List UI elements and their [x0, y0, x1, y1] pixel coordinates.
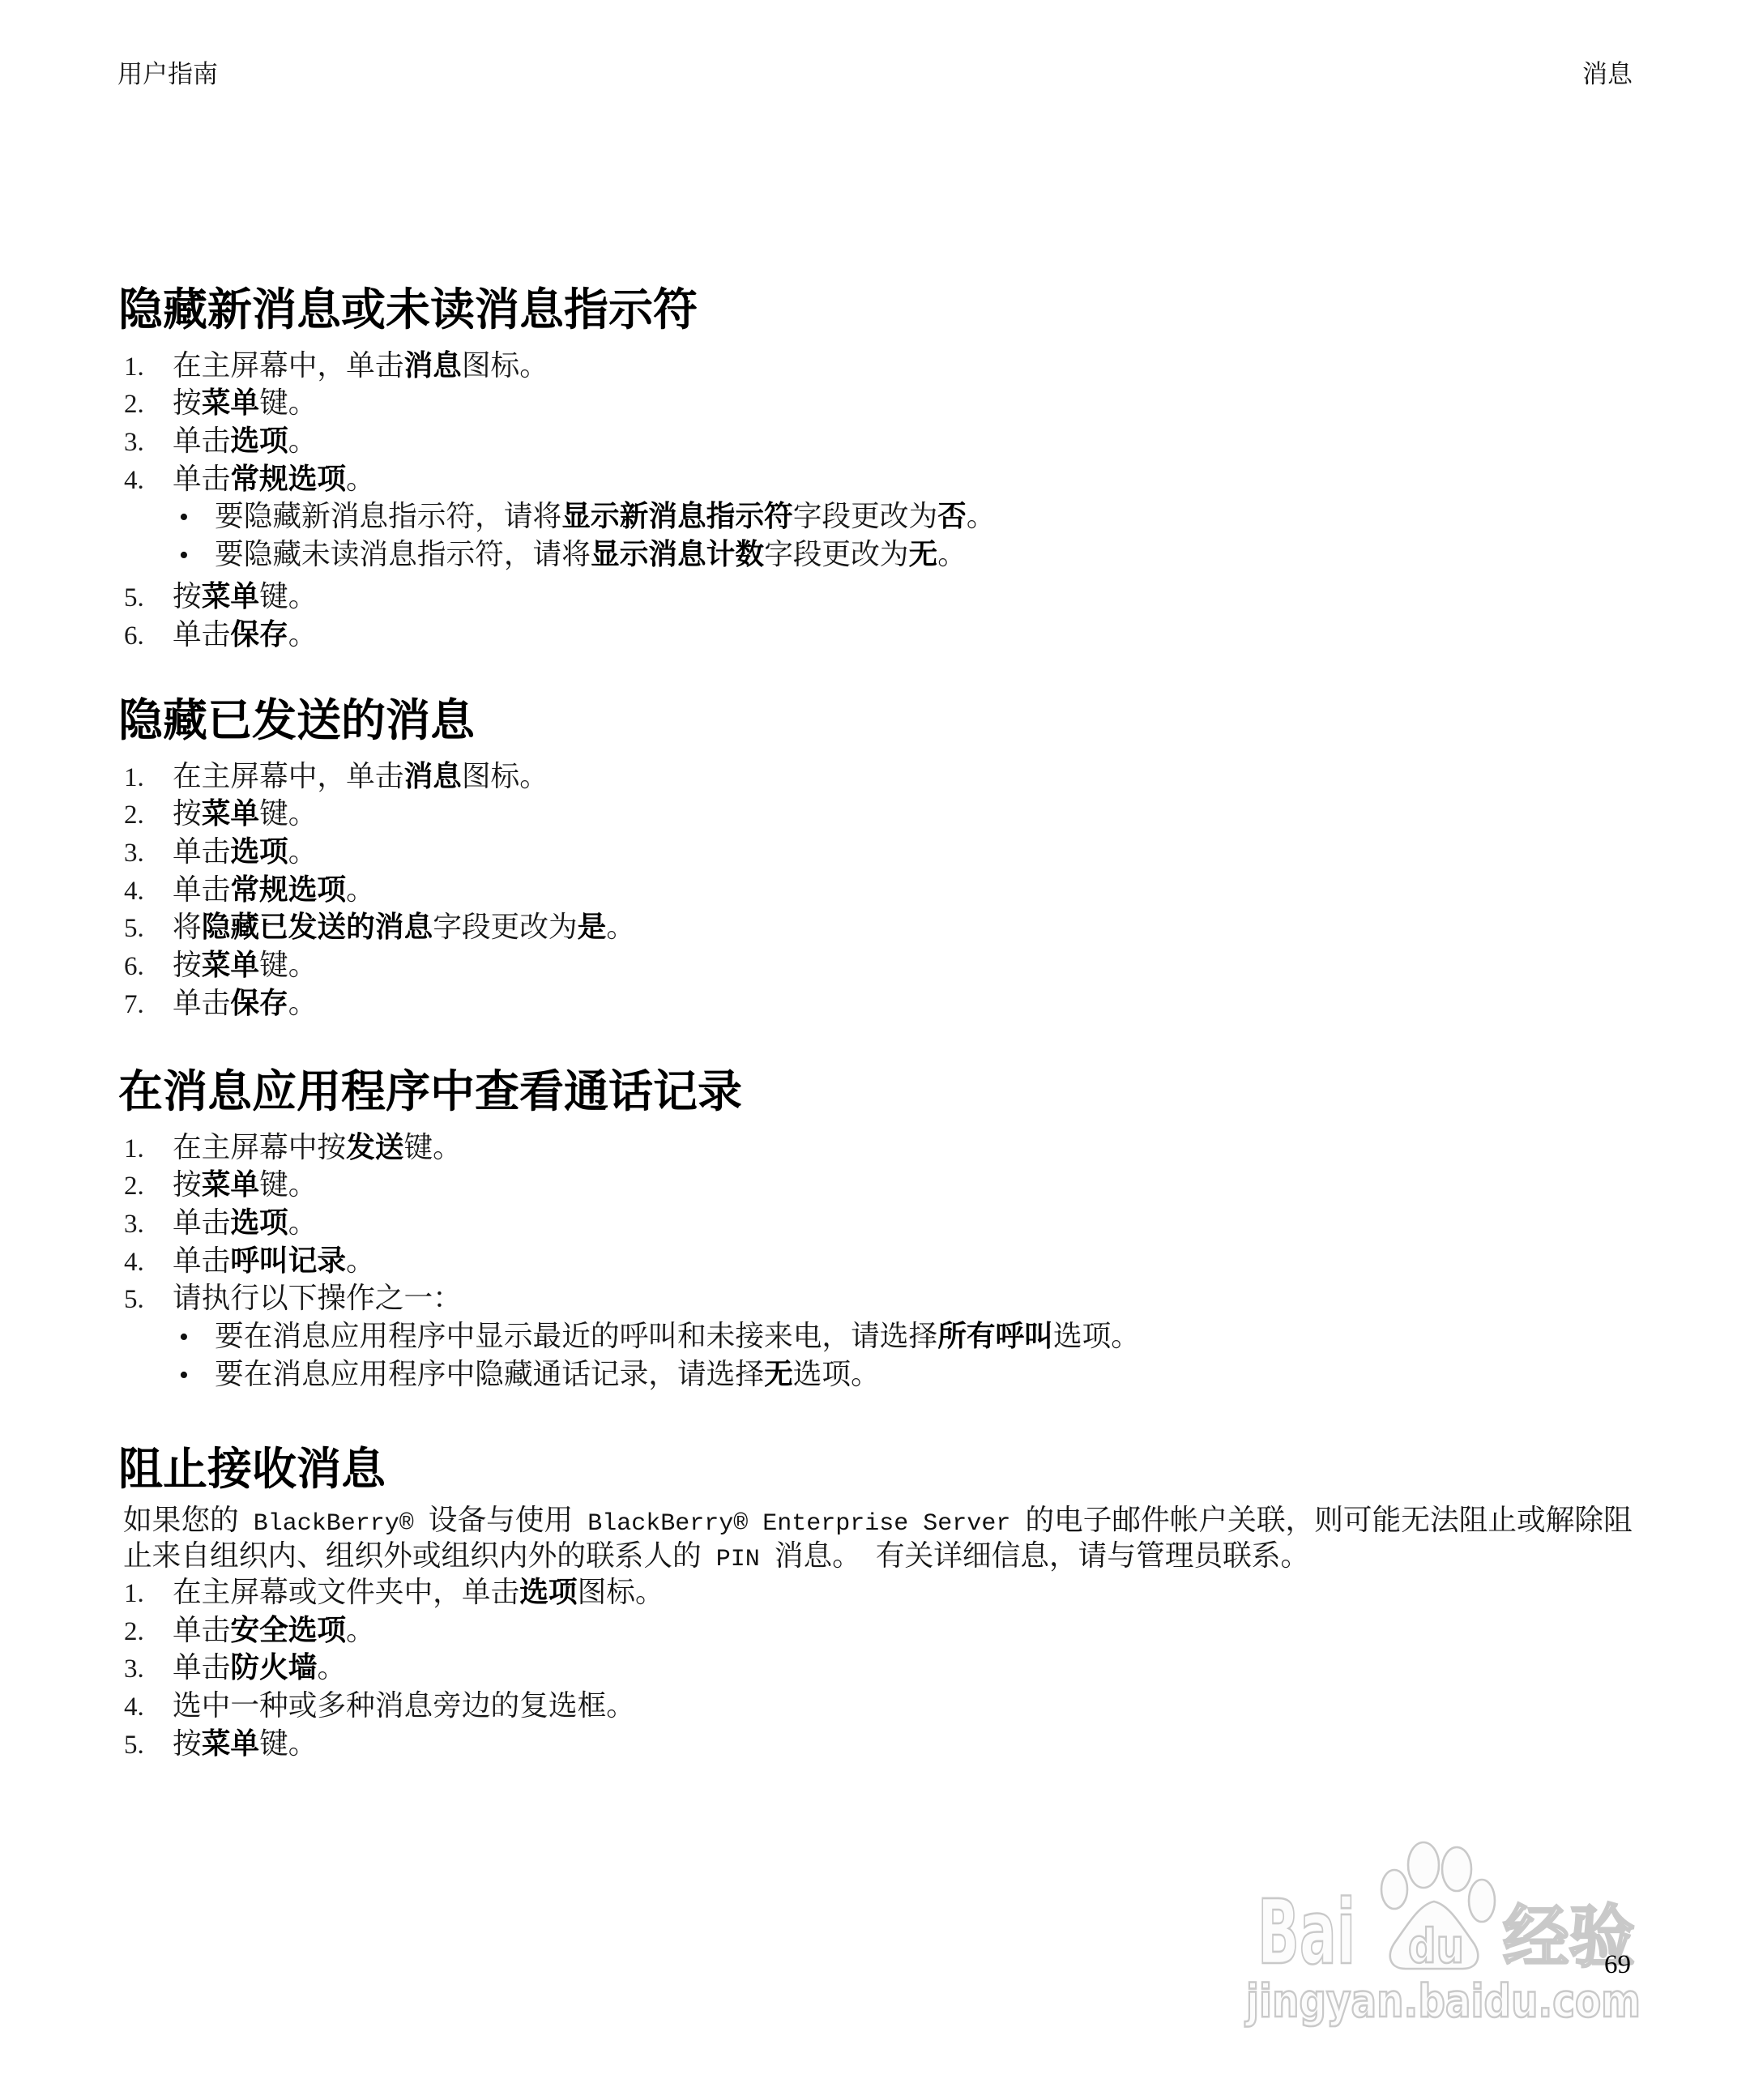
ui-term: 保存	[230, 987, 288, 1020]
step-text: 单击选项。	[173, 423, 317, 461]
step-item: 2. 按菜单键。	[118, 385, 1633, 423]
text-run: 。	[288, 618, 318, 651]
ui-term: 菜单	[202, 949, 259, 982]
ui-term: 保存	[230, 618, 288, 651]
step-text: 单击选项。	[173, 834, 317, 872]
step-item: 5. 将隐藏已发送的消息字段更改为是。	[118, 909, 1633, 947]
ui-term: 发送	[346, 1131, 403, 1164]
running-header-guide-title: 用户指南	[117, 62, 218, 87]
step-item: 1. 在主屏幕中，单击消息图标。	[118, 758, 1633, 796]
step-text: 按菜单键。	[173, 385, 317, 423]
ui-term: 所有呼叫	[937, 1320, 1053, 1353]
text-run: 单击	[173, 835, 230, 869]
step-text: 在主屏幕中，单击消息图标。	[173, 348, 548, 386]
step-number: 2.	[118, 1613, 173, 1651]
step-item: 4. 单击常规选项。 • 要隐藏新消息指示符，请将显示新消息指示符字段更改为否。…	[118, 461, 1633, 574]
step-number: 1.	[118, 1575, 173, 1613]
step-text: 单击安全选项。	[173, 1612, 375, 1650]
text-run: 单击	[173, 1206, 230, 1240]
step-number: 4.	[118, 873, 173, 911]
text-run: 字段更改为	[433, 911, 577, 944]
text-run: 单击	[173, 1614, 230, 1647]
step-text: 请执行以下操作之一：	[173, 1280, 462, 1318]
step-item: 3. 单击防火墙。	[118, 1650, 1633, 1688]
bullet-text: 要在消息应用程序中隐藏通话记录，请选择无选项。	[215, 1356, 880, 1394]
step-text: 按菜单键。	[173, 796, 317, 834]
text-run: 按	[173, 949, 202, 982]
text-run: 有关详细信息，请与管理员联系。	[876, 1539, 1309, 1573]
text-run: 按	[173, 1168, 202, 1202]
text-run: 。	[288, 835, 318, 869]
step-number: 1.	[118, 348, 173, 386]
watermark-brand-pad: du	[1408, 1919, 1464, 1974]
watermark-brand-left: Bai	[1257, 1880, 1355, 1984]
step-number: 5.	[118, 1281, 173, 1319]
text-run: 止来自组织内、组织外或组织内外的联系人的	[123, 1539, 702, 1573]
step-item: 2. 按菜单键。	[118, 796, 1633, 834]
step-number: 1.	[118, 759, 173, 797]
step-number: 1.	[118, 1130, 173, 1168]
text-run: 。	[937, 538, 967, 571]
bullet-icon: •	[173, 1357, 215, 1395]
text-run: 。	[288, 425, 318, 458]
step-list: 1. 在主屏幕中按发送键。 2. 按菜单键。 3. 单击选项。 4. 单击呼叫记…	[118, 1129, 1633, 1394]
step-text: 将隐藏已发送的消息字段更改为是。	[173, 909, 635, 947]
text-run: 键。	[404, 1131, 462, 1164]
text-run: 的电子邮件帐户关联，则可能无法阻止或解除阻	[1025, 1504, 1632, 1537]
step-text: 单击呼叫记录。	[173, 1243, 375, 1281]
step-number: 3.	[118, 834, 173, 873]
step-number: 4.	[118, 1688, 173, 1727]
ui-term: 隐藏已发送的消息	[202, 911, 433, 944]
text-run: 键。	[259, 1168, 317, 1202]
step-text: 单击常规选项。	[173, 461, 375, 499]
ui-term: 菜单	[202, 386, 259, 420]
text-run: 在主屏幕或文件夹中，单击	[173, 1576, 519, 1609]
step-text: 按菜单键。	[173, 947, 317, 985]
text-run: 在主屏幕中按	[173, 1131, 346, 1164]
step-number: 3.	[118, 424, 173, 462]
step-number: 4.	[118, 1244, 173, 1282]
step-item: 5. 请执行以下操作之一： • 要在消息应用程序中显示最近的呼叫和未接来电，请选…	[118, 1280, 1633, 1394]
ui-term: 菜单	[202, 580, 259, 613]
step-text: 单击常规选项。	[173, 872, 375, 910]
step-text: 单击保存。	[173, 617, 317, 655]
step-item: 4. 单击呼叫记录。	[118, 1243, 1633, 1281]
text-run: 。	[606, 911, 635, 944]
text-run: 字段更改为	[764, 538, 908, 571]
text-run: 单击	[173, 425, 230, 458]
ui-term: 消息	[404, 760, 462, 793]
bullet-item: • 要在消息应用程序中隐藏通话记录，请选择无选项。	[118, 1356, 1633, 1394]
text-run: 按	[173, 1727, 202, 1761]
step-item: 3. 单击选项。	[118, 834, 1633, 872]
step-text: 按菜单键。	[173, 1726, 317, 1764]
bullet-text: 要在消息应用程序中显示最近的呼叫和未接来电，请选择所有呼叫选项。	[215, 1318, 1140, 1356]
step-text: 按菜单键。	[173, 1167, 317, 1205]
bullet-icon: •	[173, 1319, 215, 1357]
text-run: 单击	[173, 463, 230, 496]
section-block-incoming-messages: 阻止接收消息 如果您的 BlackBerry® 设备与使用 BlackBerry…	[118, 1443, 1633, 1763]
step-list: 1. 在主屏幕中，单击消息图标。 2. 按菜单键。 3. 单击选项。 4. 单击…	[118, 758, 1633, 1023]
section-title: 隐藏新消息或未读消息指示符	[118, 284, 1633, 335]
step-number: 6.	[118, 948, 173, 986]
step-text: 在主屏幕或文件夹中，单击选项图标。	[173, 1574, 664, 1612]
text-run: 。	[346, 463, 375, 496]
bullet-text: 要隐藏新消息指示符，请将显示新消息指示符字段更改为否。	[215, 498, 996, 536]
ui-term: 菜单	[202, 1727, 259, 1761]
ui-term: 常规选项	[230, 463, 346, 496]
paragraph-line: 如果您的 BlackBerry® 设备与使用 BlackBerry® Enter…	[118, 1503, 1633, 1539]
ui-term: 无	[764, 1358, 793, 1391]
text-run: 。	[346, 1614, 375, 1647]
section-view-call-log: 在消息应用程序中查看通话记录 1. 在主屏幕中按发送键。 2. 按菜单键。 3.…	[118, 1065, 1633, 1398]
text-run: 键。	[259, 1727, 317, 1761]
text-run: 。	[288, 987, 318, 1020]
text-run: 单击	[173, 987, 230, 1020]
step-text: 在主屏幕中按发送键。	[173, 1129, 462, 1167]
bullet-item: • 要隐藏未读消息指示符，请将显示消息计数字段更改为无。	[118, 536, 1633, 574]
ui-term: 安全选项	[230, 1614, 346, 1647]
text-run: 选项。	[793, 1358, 880, 1391]
bullet-text: 要隐藏未读消息指示符，请将显示消息计数字段更改为无。	[215, 536, 967, 574]
text-run: 按	[173, 386, 202, 420]
section-hide-sent-messages: 隐藏已发送的消息 1. 在主屏幕中，单击消息图标。 2. 按菜单键。 3. 单击…	[118, 694, 1633, 1023]
step-item: 1. 在主屏幕中按发送键。	[118, 1129, 1633, 1167]
step-item: 2. 单击安全选项。	[118, 1612, 1633, 1650]
text-run: 设备与使用	[429, 1504, 573, 1537]
bullet-item: • 要在消息应用程序中显示最近的呼叫和未接来电，请选择所有呼叫选项。	[118, 1318, 1633, 1356]
text-run: 图标。	[462, 349, 548, 382]
text-run: 。	[288, 1206, 318, 1240]
step-item: 4. 选中一种或多种消息旁边的复选框。	[118, 1688, 1633, 1726]
text-run: 键。	[259, 386, 317, 420]
ui-term: 选项	[230, 425, 288, 458]
text-run: 消息。	[775, 1539, 861, 1573]
step-number: 5.	[118, 579, 173, 617]
step-text: 按菜单键。	[173, 578, 317, 617]
text-run: 要在消息应用程序中隐藏通话记录，请选择	[215, 1358, 764, 1391]
text-run: 按	[173, 580, 202, 613]
step-text: 单击保存。	[173, 985, 317, 1023]
text-run: 选中一种或多种消息旁边的复选框。	[173, 1689, 635, 1722]
text-run: 。	[346, 873, 375, 907]
step-item: 3. 单击选项。	[118, 1205, 1633, 1243]
text-run: 。	[967, 500, 996, 533]
step-item: 3. 单击选项。	[118, 423, 1633, 461]
step-text: 单击选项。	[173, 1205, 317, 1243]
latin-run: BlackBerry® Enterprise Server	[573, 1510, 1025, 1538]
text-run: 如果您的	[123, 1504, 239, 1537]
ui-term: 是	[578, 911, 607, 944]
step-item: 5. 按菜单键。	[118, 578, 1633, 617]
step-item: 1. 在主屏幕或文件夹中，单击选项图标。	[118, 1574, 1633, 1612]
text-run: 请执行以下操作之一：	[173, 1282, 462, 1315]
ui-term: 选项	[519, 1576, 577, 1609]
step-list: 1. 在主屏幕或文件夹中，单击选项图标。 2. 单击安全选项。 3. 单击防火墙…	[118, 1574, 1633, 1763]
text-run: 要隐藏未读消息指示符，请将	[215, 538, 591, 571]
text-run: 字段更改为	[793, 500, 937, 533]
section-title: 隐藏已发送的消息	[118, 694, 1633, 746]
ui-term: 选项	[230, 835, 288, 869]
section-hide-new-unread-indicator: 隐藏新消息或未读消息指示符 1. 在主屏幕中，单击消息图标。 2. 按菜单键。 …	[118, 284, 1633, 654]
step-number: 2.	[118, 1167, 173, 1206]
text-run: 选项。	[1053, 1320, 1140, 1353]
step-item: 2. 按菜单键。	[118, 1167, 1633, 1205]
page-number: 69	[1604, 1952, 1631, 1978]
paragraph-line: 止来自组织内、组织外或组织内外的联系人的 PIN 消息。 有关详细信息，请与管理…	[118, 1539, 1633, 1574]
ui-term: 防火墙	[230, 1651, 317, 1684]
baidu-jingyan-watermark: Bai du 经验 jingyan.baidu.com	[1240, 1835, 1653, 2038]
step-number: 3.	[118, 1650, 173, 1688]
step-item: 6. 按菜单键。	[118, 947, 1633, 985]
step-item: 7. 单击保存。	[118, 985, 1633, 1023]
step-number: 7.	[118, 986, 173, 1024]
step-number: 5.	[118, 1727, 173, 1765]
text-run: 图标。	[578, 1576, 664, 1609]
text-run: 单击	[173, 1651, 230, 1684]
ui-term: 常规选项	[230, 873, 346, 907]
step-number: 3.	[118, 1206, 173, 1244]
step-number: 2.	[118, 796, 173, 834]
step-text: 单击防火墙。	[173, 1650, 346, 1688]
ui-term: 选项	[230, 1206, 288, 1240]
step-list: 1. 在主屏幕中，单击消息图标。 2. 按菜单键。 3. 单击选项。 4. 单击…	[118, 348, 1633, 655]
ui-term: 无	[909, 538, 938, 571]
text-run: 键。	[259, 949, 317, 982]
text-run: 图标。	[462, 760, 548, 793]
step-item: 6. 单击保存。	[118, 617, 1633, 655]
sub-bullet-list: • 要隐藏新消息指示符，请将显示新消息指示符字段更改为否。 • 要隐藏未读消息指…	[118, 498, 1633, 574]
running-header-chapter: 消息	[1582, 62, 1633, 87]
ui-term: 菜单	[202, 797, 259, 830]
text-run: 在主屏幕中，单击	[173, 349, 404, 382]
text-run: 单击	[173, 873, 230, 907]
bullet-icon: •	[173, 537, 215, 575]
step-number: 5.	[118, 910, 173, 948]
section-title: 在消息应用程序中查看通话记录	[118, 1065, 1633, 1117]
ui-term: 否	[937, 500, 967, 533]
text-run: 在主屏幕中，单击	[173, 760, 404, 793]
latin-run: BlackBerry®	[239, 1510, 429, 1538]
step-item: 1. 在主屏幕中，单击消息图标。	[118, 348, 1633, 386]
section-title: 阻止接收消息	[118, 1443, 1633, 1495]
watermark-url: jingyan.baidu.com	[1244, 1975, 1641, 2028]
latin-run	[861, 1546, 876, 1573]
step-text: 在主屏幕中，单击消息图标。	[173, 758, 548, 796]
text-run: 要隐藏新消息指示符，请将	[215, 500, 561, 533]
ui-term: 显示新消息指示符	[561, 500, 793, 533]
text-run: 按	[173, 797, 202, 830]
ui-term: 菜单	[202, 1168, 259, 1202]
ui-term: 消息	[404, 349, 462, 382]
step-item: 4. 单击常规选项。	[118, 872, 1633, 910]
step-number: 4.	[118, 462, 173, 500]
ui-term: 显示消息计数	[591, 538, 764, 571]
text-run: 单击	[173, 1244, 230, 1278]
text-run: 单击	[173, 618, 230, 651]
latin-run: PIN	[702, 1546, 775, 1573]
text-run: 。	[346, 1244, 375, 1278]
step-number: 2.	[118, 386, 173, 424]
intro-paragraph: 如果您的 BlackBerry® 设备与使用 BlackBerry® Enter…	[118, 1503, 1633, 1574]
text-run: 将	[173, 911, 202, 944]
text-run: 键。	[259, 580, 317, 613]
text-run: 要在消息应用程序中显示最近的呼叫和未接来电，请选择	[215, 1320, 937, 1353]
text-run: 。	[317, 1651, 346, 1684]
sub-bullet-list: • 要在消息应用程序中显示最近的呼叫和未接来电，请选择所有呼叫选项。 • 要在消…	[118, 1318, 1633, 1394]
text-run: 键。	[259, 797, 317, 830]
bullet-item: • 要隐藏新消息指示符，请将显示新消息指示符字段更改为否。	[118, 498, 1633, 536]
step-item: 5. 按菜单键。	[118, 1726, 1633, 1764]
step-text: 选中一种或多种消息旁边的复选框。	[173, 1688, 635, 1726]
bullet-icon: •	[173, 499, 215, 537]
step-number: 6.	[118, 617, 173, 655]
ui-term: 呼叫记录	[230, 1244, 346, 1278]
